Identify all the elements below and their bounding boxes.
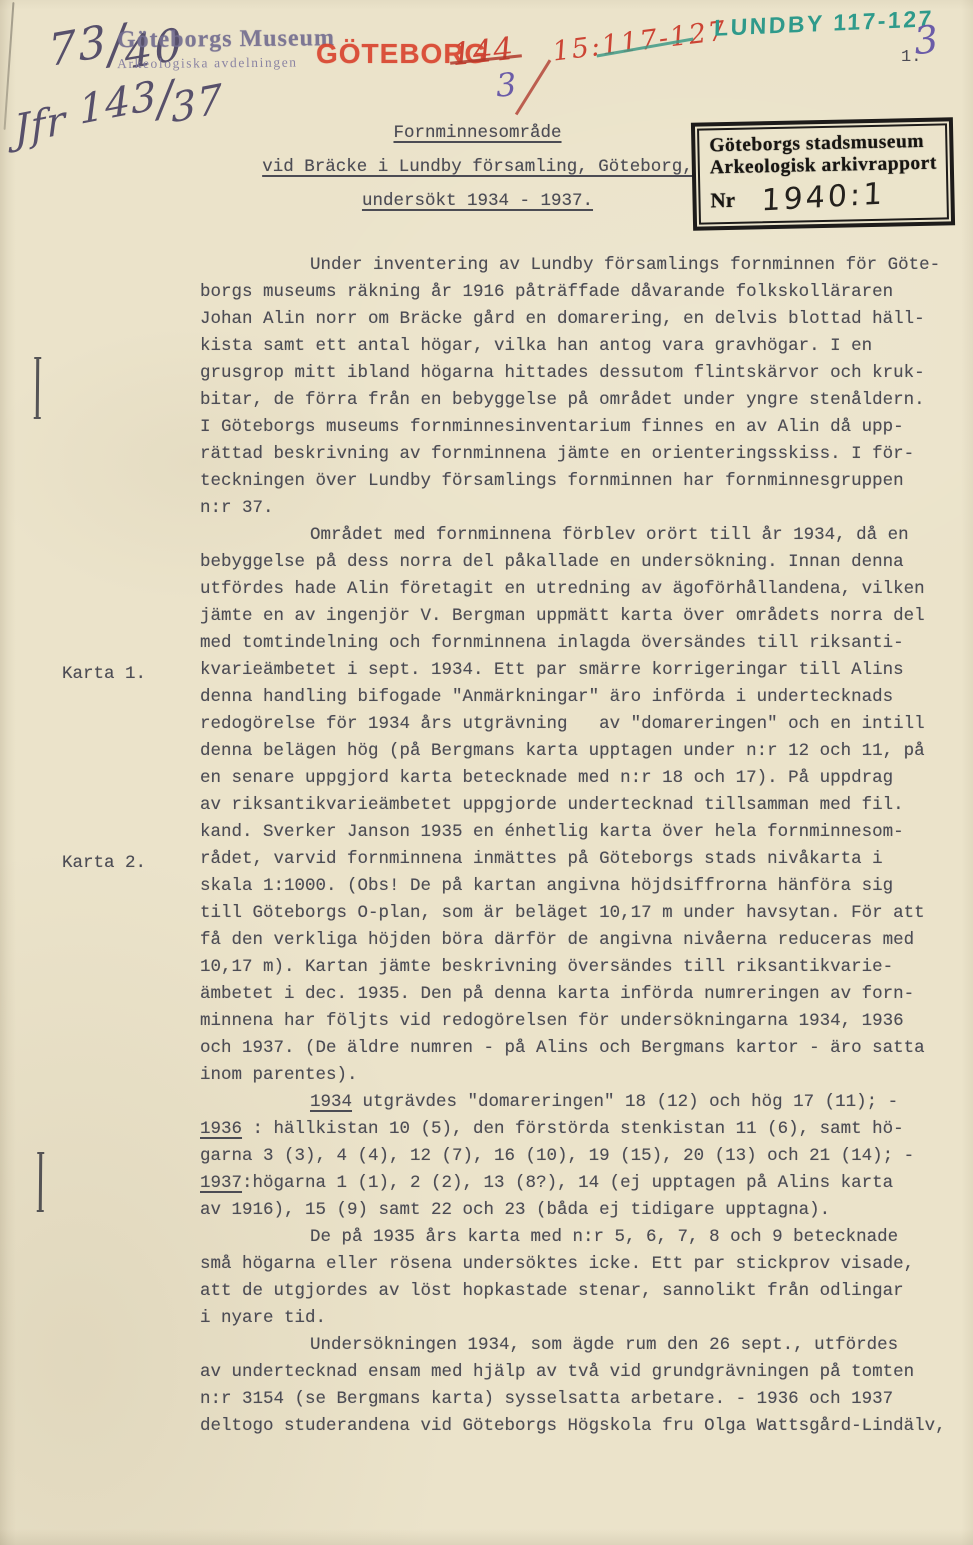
text-line: deltogo studerandena vid Göteborgs Högsk… — [200, 1413, 960, 1440]
archive-stamp-nr-value: 1940:1 — [760, 177, 885, 219]
text-line: en senare uppgjord karta betecknade med … — [200, 765, 960, 792]
text-line: 1936 : hällkistan 10 (5), den förstörda … — [200, 1116, 960, 1143]
margin-note-karta-1: Karta 1. — [62, 661, 146, 688]
text-line: minnena har följts vid redogörelsen för … — [200, 1008, 960, 1035]
text-line: utfördes hade Alin företagit en utrednin… — [200, 576, 960, 603]
text-line: denna handling bifogade "Anmärkningar" ä… — [200, 684, 960, 711]
title-line-1: Fornminnesområde — [190, 116, 765, 150]
text-line: inom parentes). — [200, 1062, 960, 1089]
text-line: rättad beskrivning av fornminnena jämte … — [200, 441, 960, 468]
text-line: kista samt ett antal högar, vilka han an… — [200, 333, 960, 360]
text-line: Området med fornminnena förblev orört ti… — [200, 522, 960, 549]
text-line: få den verkliga höjden böra därför de an… — [200, 927, 960, 954]
page-number: 1. — [901, 48, 921, 67]
text-line: teckningen över Lundby församlings fornm… — [200, 468, 960, 495]
text-line: och 1937. (De äldre numren - på Alins oc… — [200, 1035, 960, 1062]
text-line: De på 1935 års karta med n:r 5, 6, 7, 8 … — [200, 1224, 960, 1251]
archive-stamp-nr-label: Nr — [710, 188, 735, 214]
red-handwritten-note: 15:117-127 — [551, 15, 729, 67]
text-line: 10,17 m). Kartan jämte beskrivning övers… — [200, 954, 960, 981]
text-line: Under inventering av Lundby församlings … — [200, 252, 960, 279]
text-line: n:r 37. — [200, 495, 960, 522]
archive-stamp-report-type: Arkeologisk arkivrapport — [710, 153, 938, 180]
text-line: i nyare tid. — [200, 1305, 960, 1332]
document-page: 73/40 Jfr 143/37 Göteborgs Museum Arkeol… — [0, 0, 973, 1545]
text-line: skala 1:1000. (Obs! De på kartan angivna… — [200, 873, 960, 900]
text-line: bebyggelse på dess norra del påkallade e… — [200, 549, 960, 576]
body-text: Under inventering av Lundby församlings … — [200, 252, 960, 1440]
paragraph: Under inventering av Lundby församlings … — [200, 252, 960, 522]
text-line: I Göteborgs museums fornminnesinventariu… — [200, 414, 960, 441]
text-line: små högarna eller rösena undersöktes ick… — [200, 1251, 960, 1278]
text-line: av riksantikvarieämbetet uppgjorde under… — [200, 792, 960, 819]
margin-note-karta-2: Karta 2. — [62, 850, 146, 877]
text-line: att de utgjordes av löst hopkastade sten… — [200, 1278, 960, 1305]
margin-ink-mark — [36, 357, 40, 419]
title-line-3: undersökt 1934 - 1937. — [190, 184, 765, 218]
text-line: av 1916), 15 (9) samt 22 och 23 (båda ej… — [200, 1197, 960, 1224]
archive-report-stamp: Göteborgs stadsmuseum Arkeologisk arkivr… — [691, 117, 955, 230]
text-line: 1934 utgrävdes "domareringen" 18 (12) oc… — [200, 1089, 960, 1116]
text-line: jämte en av ingenjör V. Bergman uppmätt … — [200, 603, 960, 630]
text-line: av undertecknad ensam med hjälp av två v… — [200, 1359, 960, 1386]
text-line: 1937:högarna 1 (1), 2 (2), 13 (8?), 14 (… — [200, 1170, 960, 1197]
text-line: garna 3 (3), 4 (4), 12 (7), 16 (10), 19 … — [200, 1143, 960, 1170]
stamp-number-correction: 3 — [495, 65, 518, 104]
text-line: rådet, varvid fornminnena inmättes på Gö… — [200, 846, 960, 873]
document-title: Fornminnesområde vid Bräcke i Lundby för… — [190, 116, 765, 218]
text-line: till Göteborgs O-plan, som är beläget 10… — [200, 900, 960, 927]
text-line: Undersökningen 1934, som ägde rum den 26… — [200, 1332, 960, 1359]
text-line: borgs museums räkning år 1916 påträffade… — [200, 279, 960, 306]
paragraph: Undersökningen 1934, som ägde rum den 26… — [200, 1332, 960, 1440]
margin-ink-mark — [39, 1152, 43, 1212]
text-line: kand. Sverker Janson 1935 en énhetlig ka… — [200, 819, 960, 846]
text-line: n:r 3154 (se Bergmans karta) sysselsatta… — [200, 1386, 960, 1413]
paragraph: 1934 utgrävdes "domareringen" 18 (12) oc… — [200, 1089, 960, 1224]
text-line: grusgrop mitt ibland högarna hittades de… — [200, 360, 960, 387]
text-line: bitar, de förra från en bebyggelse på om… — [200, 387, 960, 414]
teal-handwritten-note: LUNDBY 117-127 — [714, 5, 934, 42]
text-line: kvarieämbetet i sept. 1934. Ett par smär… — [200, 657, 960, 684]
text-line: ämbetet i dec. 1935. Den på denna karta … — [200, 981, 960, 1008]
paragraph: De på 1935 års karta med n:r 5, 6, 7, 8 … — [200, 1224, 960, 1332]
title-line-2: vid Bräcke i Lundby församling, Göteborg… — [190, 150, 765, 184]
text-line: denna belägen hög (på Bergmans karta upp… — [200, 738, 960, 765]
text-line: med tomtindelning och fornminnena inlagd… — [200, 630, 960, 657]
text-line: redogörelse för 1934 års utgrävning av "… — [200, 711, 960, 738]
paragraph: Området med fornminnena förblev orört ti… — [200, 522, 960, 1089]
text-line: Johan Alin norr om Bräcke gård en domare… — [200, 306, 960, 333]
archive-stamp-number-row: Nr 1940:1 — [710, 184, 939, 218]
archive-report-stamp-inner: Göteborgs stadsmuseum Arkeologisk arkivr… — [697, 123, 949, 224]
